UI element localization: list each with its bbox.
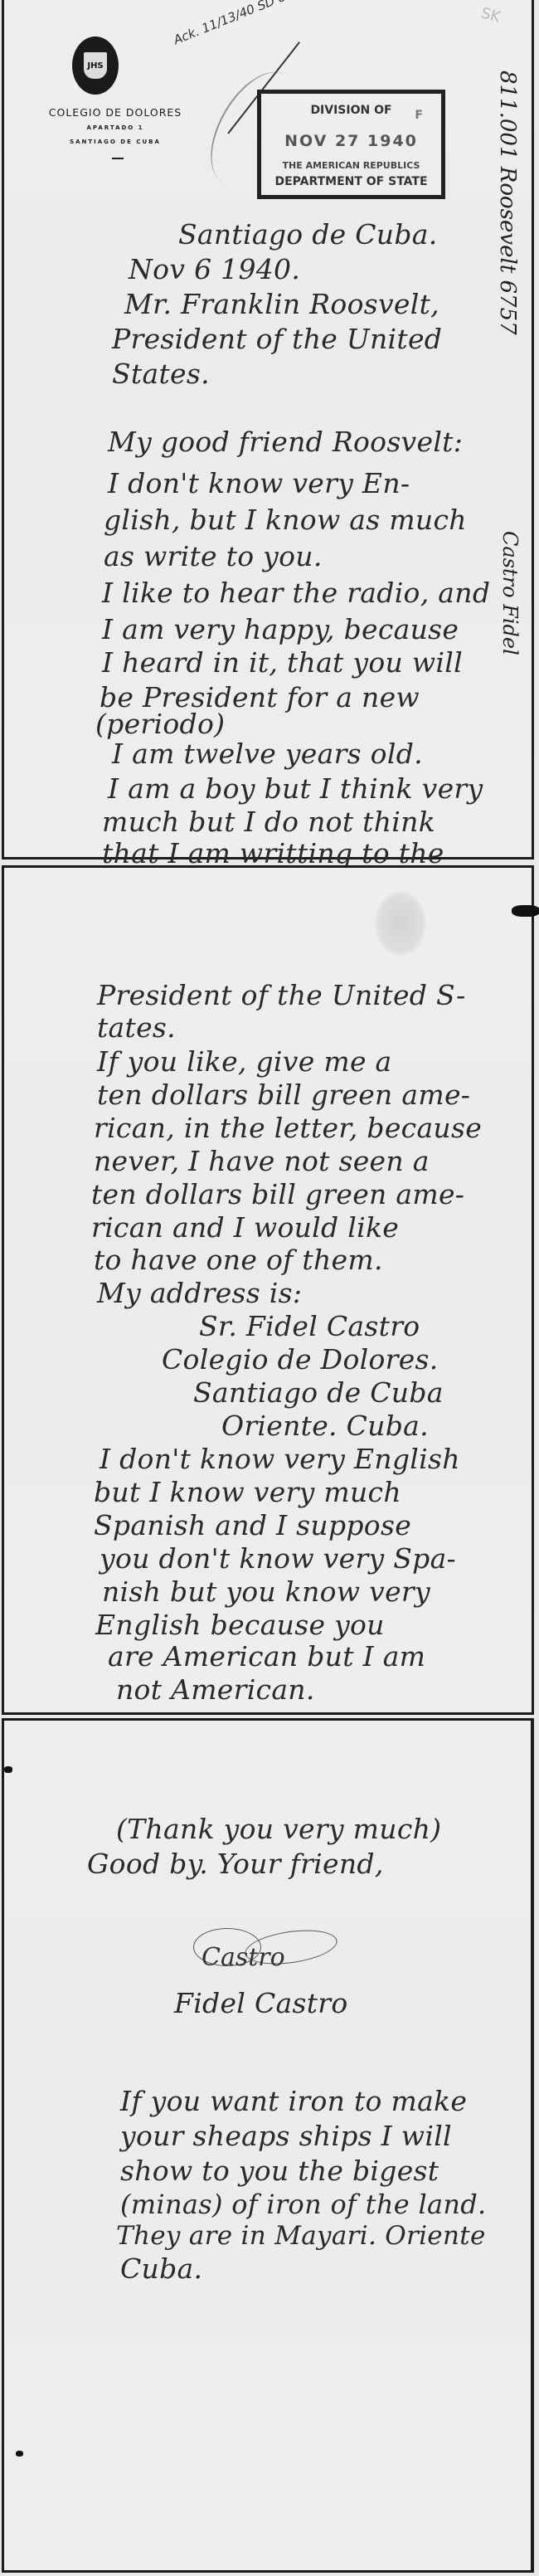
ink-blot	[512, 905, 539, 917]
school-seal-icon: JHS	[72, 37, 119, 95]
address-name: Sr. Fidel Castro	[199, 1309, 420, 1344]
postscript-line: They are in Mayari. Oriente	[116, 2218, 486, 2253]
body-line: ten dollars bill green ame-	[97, 1078, 470, 1113]
signature: Castro	[187, 1928, 336, 1986]
body-line: nish but you know very	[102, 1575, 430, 1609]
stamp-date: NOV 27 1940	[261, 132, 441, 150]
closing-line: (Thank you very much)	[116, 1812, 441, 1847]
body-line: rican and I would like	[91, 1210, 399, 1245]
signature-text: Castro	[202, 1943, 285, 1972]
body-line: I am twelve years old.	[112, 737, 423, 772]
body-line: English because you	[95, 1608, 385, 1643]
body-line: I don't know very En-	[108, 466, 410, 501]
postscript-line: show to you the bigest	[120, 2154, 439, 2189]
body-line: not American.	[116, 1673, 315, 1707]
ink-blot	[16, 2451, 23, 2457]
stamp-department: DEPARTMENT OF STATE	[261, 175, 441, 188]
faint-initials: SK	[479, 4, 503, 26]
recipient-line: Mr. Franklin Roosvelt,	[124, 287, 439, 322]
letterhead-school-name: COLEGIO DE DOLORES	[16, 106, 215, 119]
recipient-title-line-2: States.	[112, 357, 210, 392]
body-line: I am a boy but I think very	[108, 772, 483, 806]
body-line: I am very happy, because	[102, 612, 459, 647]
postscript-line: your sheaps ships I will	[120, 2119, 452, 2154]
watermark-seal	[375, 891, 426, 956]
recipient-title-line: President of the United	[112, 322, 442, 357]
body-line: you don't know very Spa-	[100, 1541, 456, 1576]
body-line: never, I have not seen a	[94, 1144, 430, 1179]
salutation-line: My good friend Roosvelt:	[108, 425, 463, 460]
postscript-line: Cuba.	[120, 2252, 202, 2286]
body-line: Spanish and I suppose	[94, 1508, 411, 1543]
received-stamp: DIVISION OF F NOV 27 1940 THE AMERICAN R…	[257, 90, 445, 199]
stamp-mark: F	[415, 109, 423, 122]
margin-file-number: 811.001 Roosevelt 6757	[495, 71, 520, 335]
body-line: If you like, give me a	[97, 1045, 392, 1079]
date-line: Nov 6 1940.	[129, 252, 300, 287]
stamp-office: THE AMERICAN REPUBLICS	[261, 160, 441, 171]
letter-page-3: (Thank you very much) Good by. Your frie…	[2, 1718, 534, 2573]
body-line: as write to you.	[104, 539, 323, 574]
body-line: but I know very much	[94, 1475, 401, 1510]
letterhead-po-box: APARTADO 1	[16, 124, 215, 131]
body-line: ten dollars bill green ame-	[91, 1177, 464, 1212]
body-line: rican, in the letter, because	[94, 1111, 482, 1146]
letter-page-2: President of the United S- tates. If you…	[2, 865, 534, 1715]
body-line: to have one of them.	[94, 1243, 383, 1278]
printed-name: Fidel Castro	[174, 1986, 348, 2021]
body-line: President of the United S-	[97, 978, 466, 1013]
postscript-line: (minas) of iron of the land.	[120, 2187, 487, 2222]
address-province: Oriente. Cuba.	[221, 1409, 429, 1444]
margin-name: Castro Fidel	[498, 531, 522, 655]
body-line: much but I do not think	[102, 805, 435, 840]
body-line: glish, but I know as much	[104, 503, 467, 538]
closing-line: Good by. Your friend,	[87, 1847, 384, 1882]
address-school: Colegio de Dolores.	[162, 1342, 439, 1377]
letterhead-divider	[112, 158, 124, 159]
place-line: Santiago de Cuba.	[178, 217, 438, 252]
body-line: are American but I am	[108, 1639, 425, 1674]
ink-blot	[4, 1766, 12, 1773]
seal-shield: JHS	[84, 52, 107, 79]
body-line: I don't know very English	[100, 1442, 460, 1477]
address-label: My address is:	[97, 1276, 302, 1311]
postscript-line: If you want iron to make	[120, 2084, 467, 2119]
body-line: I like to hear the radio, and	[102, 576, 490, 611]
address-city: Santiago de Cuba	[193, 1376, 444, 1410]
acknowledgment-note: Ack. 11/13/40 SD cos	[172, 0, 300, 47]
letter-page-1: JHS COLEGIO DE DOLORES APARTADO 1 SANTIA…	[2, 0, 534, 859]
body-line: tates.	[97, 1010, 176, 1045]
body-line: I heard in it, that you will	[102, 645, 463, 680]
letterhead-city: SANTIAGO DE CUBA	[16, 139, 215, 145]
